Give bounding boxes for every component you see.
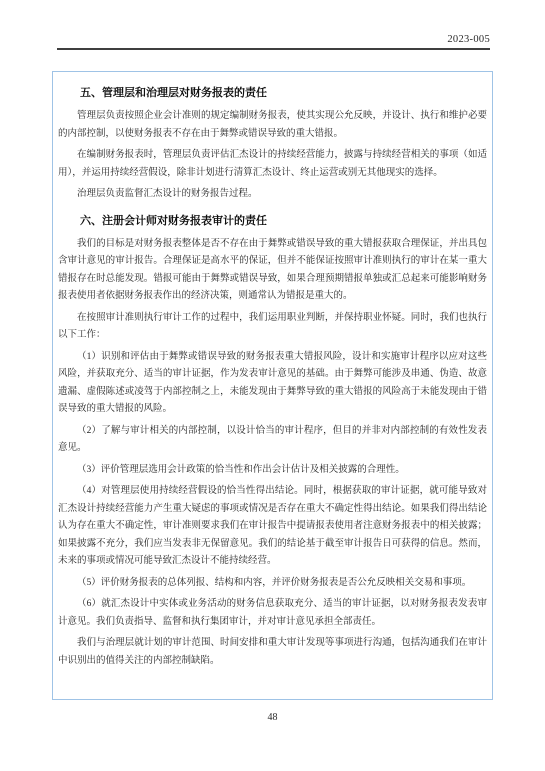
content-border-box: 五、管理层和治理层对财务报表的责任 管理层负责按照企业会计准则的规定编制财务报表… xyxy=(52,71,493,700)
body-paragraph: 在按照审计准则执行审计工作的过程中，我们运用职业判断，并保持职业怀疑。同时，我们… xyxy=(58,310,487,345)
body-paragraph-item-6: （6）就汇杰设计中实体或业务活动的财务信息获取充分、适当的审计证据，以对财务报表… xyxy=(58,596,487,631)
document-page: 2023-005 五、管理层和治理层对财务报表的责任 管理层负责按照企业会计准则… xyxy=(0,0,545,771)
section-heading-auditor-responsibility: 六、注册会计师对财务报表审计的责任 xyxy=(58,212,487,230)
section-heading-management-responsibility: 五、管理层和治理层对财务报表的责任 xyxy=(58,84,487,102)
body-paragraph: 治理层负责监督汇杰设计的财务报告过程。 xyxy=(58,186,487,204)
body-paragraph-item-1: （1）识别和评估由于舞弊或错误导致的财务报表重大错报风险，设计和实施审计程序以应… xyxy=(58,349,487,419)
body-paragraph-item-5: （5）评价财务报表的总体列报、结构和内容，并评价财务报表是否公允反映相关交易和事… xyxy=(58,575,487,593)
body-paragraph: 我们的目标是对财务报表整体是否不存在由于舞弊或错误导致的重大错报获取合理保证，并… xyxy=(58,236,487,306)
document-number: 2023-005 xyxy=(447,33,490,47)
body-paragraph: 在编制财务报表时，管理层负责评估汇杰设计的持续经营能力，披露与持续经营相关的事项… xyxy=(58,147,487,182)
page-number: 48 xyxy=(0,712,545,723)
body-paragraph-item-2: （2）了解与审计相关的内部控制，以设计恰当的审计程序，但目的并非对内部控制的有效… xyxy=(58,423,487,458)
body-paragraph-item-3: （3）评价管理层选用会计政策的恰当性和作出会计估计及相关披露的合理性。 xyxy=(58,462,487,480)
body-paragraph: 我们与治理层就计划的审计范围、时间安排和重大审计发现等事项进行沟通，包括沟通我们… xyxy=(58,635,487,670)
header-divider xyxy=(57,48,490,50)
body-paragraph: 管理层负责按照企业会计准则的规定编制财务报表，使其实现公允反映，并设计、执行和维… xyxy=(58,108,487,143)
body-paragraph-item-4: （4）对管理层使用持续经营假设的恰当性得出结论。同时，根据获取的审计证据，就可能… xyxy=(58,483,487,571)
